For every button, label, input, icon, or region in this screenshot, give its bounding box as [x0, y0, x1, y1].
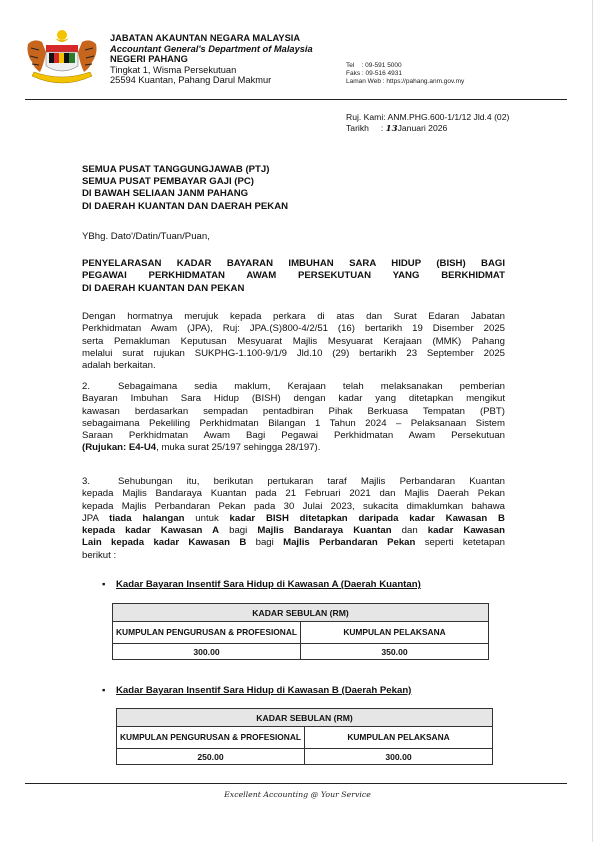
- text-line: Saraan Perkhidmatan Awam Bagi Pegawai Pe…: [82, 430, 505, 442]
- date-label: Tarikh :: [346, 123, 386, 133]
- bold-run: Lain kepada kadar Kawasan B: [82, 537, 246, 548]
- table-header: KADAR SEBULAN (RM): [113, 604, 489, 622]
- recipients-block: SEMUA PUSAT TANGGUNGJAWAB (PTJ) SEMUA PU…: [82, 164, 288, 213]
- address-line-2: 25594 Kuantan, Pahang Darul Makmur: [110, 75, 313, 86]
- paragraph-3: 3.Sehubungan itu, berikutan pertukaran t…: [82, 476, 505, 562]
- reference-block: Ruj. Kami: ANM.PHG.600-1/1/12 Jld.4 (02)…: [346, 112, 509, 134]
- rate-heading-kawasan-b: ▪Kadar Bayaran Insentif Sara Hidup di Ka…: [102, 685, 411, 696]
- text-line: adalah berkaitan.: [82, 360, 505, 372]
- website-link[interactable]: Laman Web : https://pahang.anm.gov.my: [346, 78, 464, 86]
- rate-heading-kawasan-a: ▪Kadar Bayaran Insentif Sara Hidup di Ka…: [102, 579, 421, 590]
- rate-value: 300.00: [113, 644, 301, 660]
- page-edge: [592, 0, 593, 842]
- paragraph-2: 2.Sebagaimana sedia maklum, Kerajaan tel…: [82, 381, 505, 455]
- text-line: kepada Majlis Perbandaran Pekan pada 30 …: [82, 501, 505, 513]
- branch-name: NEGERI PAHANG: [110, 54, 313, 65]
- coat-of-arms-icon: [22, 28, 102, 88]
- telephone: Tel : 09-591 5000: [346, 62, 464, 70]
- fax: Faks : 09-516 4931: [346, 70, 464, 78]
- text-run: JPA: [82, 513, 109, 524]
- recipient-line: DI BAWAH SELIAAN JANM PAHANG: [82, 188, 288, 200]
- letter-date: Tarikh : 13Januari 2026: [346, 123, 509, 135]
- subject-line: PEGAWAI PERKHIDMATAN AWAM PERSEKUTUAN YA…: [82, 270, 505, 282]
- recipient-line: SEMUA PUSAT TANGGUNGJAWAB (PTJ): [82, 164, 288, 176]
- text-line: sebagaimana Pekeliling Perkhidmatan Bila…: [82, 418, 505, 430]
- paragraph-1: Dengan hormatnya merujuk kepada perkara …: [82, 311, 505, 372]
- footer-divider: [25, 783, 567, 784]
- text-line: Dengan hormatnya merujuk kepada perkara …: [82, 311, 505, 323]
- text-line: Sebagaimana sedia maklum, Kerajaan telah…: [118, 381, 505, 392]
- org-name-english: Accountant General's Department of Malay…: [110, 44, 313, 55]
- text-run: seperti ketetapan: [415, 537, 505, 548]
- text-line: serta Pemakluman Keputusan Mesyuarat Maj…: [82, 336, 505, 348]
- bold-run: kadar Kawasan: [428, 525, 505, 536]
- bold-run: Majlis Perbandaran Pekan: [283, 537, 415, 548]
- rate-table-kawasan-a: KADAR SEBULAN (RM) KUMPULAN PENGURUSAN &…: [112, 603, 489, 660]
- paragraph-number: 3.: [82, 476, 118, 488]
- rate-heading-text: Kadar Bayaran Insentif Sara Hidup di Kaw…: [116, 579, 421, 590]
- footer-motto: Excellent Accounting @ Your Service: [0, 790, 595, 799]
- text-line: Perkhidmatan Awam (JPA), Ruj: JPA.(S)800…: [82, 323, 505, 335]
- column-header-management: KUMPULAN PENGURUSAN & PROFESIONAL: [117, 727, 305, 749]
- table-header: KADAR SEBULAN (RM): [117, 709, 493, 727]
- rate-value: 250.00: [117, 749, 305, 765]
- bold-run: kepada kadar Kawasan A: [82, 525, 219, 536]
- recipient-line: DI DAERAH KUANTAN DAN DAERAH PEKAN: [82, 201, 288, 213]
- text-line: kepada Majlis Bandaraya Kuantan pada 21 …: [82, 488, 505, 500]
- text-line: kawasan berdasarkan sempadan pentadbiran…: [82, 406, 505, 418]
- org-name-malay: JABATAN AKAUNTAN NEGARA MALAYSIA: [110, 33, 313, 44]
- letterhead-organisation: JABATAN AKAUNTAN NEGARA MALAYSIA Account…: [110, 33, 313, 86]
- bullet-icon: ▪: [102, 579, 116, 590]
- text-run: bagi: [246, 537, 283, 548]
- address-line-1: Tingkat 1, Wisma Persekutuan: [110, 65, 313, 76]
- reference-code: (Rujukan: E4-U4: [82, 442, 156, 453]
- column-header-management: KUMPULAN PENGURUSAN & PROFESIONAL: [113, 622, 301, 644]
- subject-heading: PENYELARASAN KADAR BAYARAN IMBUHAN SARA …: [82, 258, 505, 295]
- subject-line: PENYELARASAN KADAR BAYARAN IMBUHAN SARA …: [82, 258, 505, 270]
- column-header-implementer: KUMPULAN PELAKSANA: [305, 727, 493, 749]
- bold-run: Majlis Bandaraya Kuantan: [257, 525, 391, 536]
- text-line: , muka surat 25/197 sehingga 28/197).: [156, 442, 320, 453]
- column-header-implementer: KUMPULAN PELAKSANA: [301, 622, 489, 644]
- rate-value: 300.00: [305, 749, 493, 765]
- bold-run: kadar BISH ditetapkan daripada kadar Kaw…: [230, 513, 505, 524]
- date-day-handwritten: 13: [386, 124, 398, 134]
- contact-info: Tel : 09-591 5000 Faks : 09-516 4931 Lam…: [346, 62, 464, 87]
- text-run: bagi: [219, 525, 257, 536]
- recipient-line: SEMUA PUSAT PEMBAYAR GAJI (PC): [82, 176, 288, 188]
- rate-value: 350.00: [301, 644, 489, 660]
- rate-table-kawasan-b: KADAR SEBULAN (RM) KUMPULAN PENGURUSAN &…: [116, 708, 493, 765]
- text-line: Bayaran Imbuhan Sara Hidup (BISH) dengan…: [82, 393, 505, 405]
- text-run: dan: [392, 525, 428, 536]
- paragraph-number: 2.: [82, 381, 118, 393]
- text-line: Sehubungan itu, berikutan pertukaran tar…: [118, 476, 505, 487]
- reference-number: Ruj. Kami: ANM.PHG.600-1/1/12 Jld.4 (02): [346, 112, 509, 123]
- rate-heading-text: Kadar Bayaran Insentif Sara Hidup di Kaw…: [116, 685, 411, 696]
- text-line: melalui surat rujukan SUKPHG-1.100-9/1/9…: [82, 348, 505, 360]
- bold-run: tiada halangan: [109, 513, 184, 524]
- date-month-year: Januari 2026: [398, 123, 448, 133]
- subject-line: DI DAERAH KUANTAN DAN PEKAN: [82, 283, 244, 294]
- text-run: untuk: [184, 513, 229, 524]
- header-divider: [25, 99, 567, 100]
- salutation: YBhg. Dato'/Datin/Tuan/Puan,: [82, 231, 210, 242]
- text-line: berikut :: [82, 550, 505, 562]
- bullet-icon: ▪: [102, 685, 116, 696]
